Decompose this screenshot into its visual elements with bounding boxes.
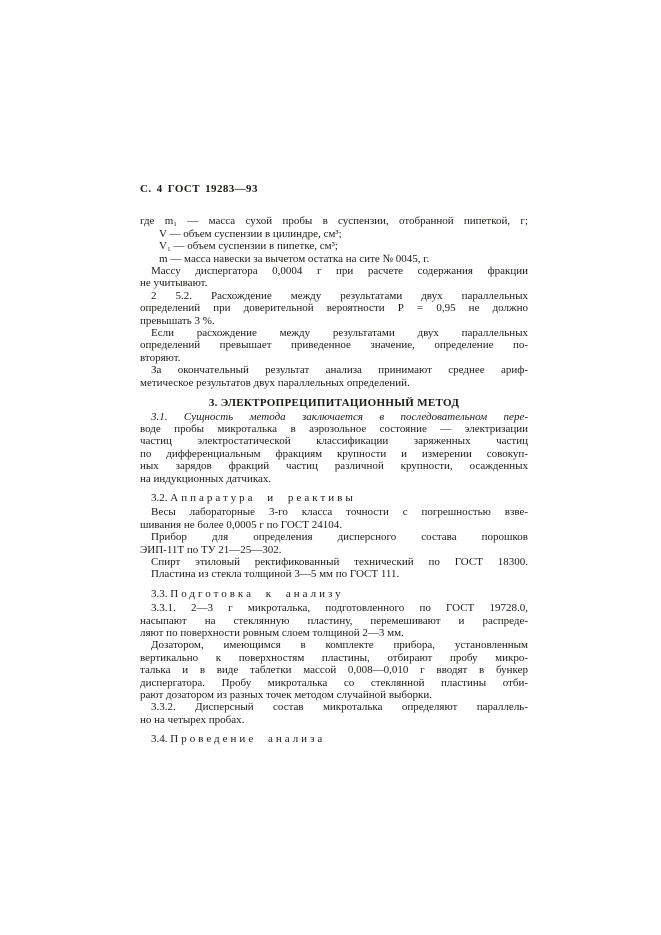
text-line: 3.3.1. 2—3 г микроталька, подготовленног… [140,602,528,614]
text-line: по дифференциальным фракциям крупности и… [140,448,528,460]
clause-heading: 3.3. Подготовка к анализу [140,588,528,600]
text-line: V₁ — объем суспензии в пипетке, см³; [140,240,528,252]
clause-title: Проведение анализа [170,733,325,745]
document-body: где m₁ — масса сухой пробы в суспензии, … [140,215,528,745]
text-line: рают дозатором из разных точек методом с… [140,689,528,701]
text-line: Весы лабораторные 3-го класса точности с… [140,506,528,518]
text-line: насыпают на стеклянную пластину, перемеш… [140,615,528,627]
text-line: воде пробы микроталька в аэрозольное сос… [140,423,528,435]
text-line: m — масса навески за вычетом остатка на … [140,253,528,265]
text-line: превышать 3 %. [140,315,528,327]
text-line: определений при доверительной вероятност… [140,302,528,314]
text-line: Массу диспергатора 0,0004 г при расчете … [140,265,528,277]
text-line: метическое результатов двух параллельных… [140,377,528,389]
clause-number: 3.2. [151,492,170,504]
text-line: 2 5.2. Расхождение между результатами дв… [140,290,528,302]
text-line: ЭИП-11Т по ТУ 21—25—302. [140,544,528,556]
text-line: вертикально к поверхностям пластины, отб… [140,652,528,664]
clause-heading: 3.4. Проведение анализа [140,733,528,745]
text-line: вторяют. [140,352,528,364]
document-page: С. 4 ГОСТ 19283—93 где m₁ — масса сухой … [0,0,661,935]
text-line: 3.1. Сущность метода заключается в после… [140,411,528,423]
text-line: где m₁ — масса сухой пробы в суспензии, … [140,215,528,227]
text-line: Спирт этиловый ректификованный техническ… [140,556,528,568]
clause-number: 3.4. [151,733,170,745]
clause-title: Подготовка к анализу [170,588,343,600]
text-line: не учитывают. [140,277,528,289]
text-line: на индукционных датчиках. [140,473,528,485]
text-line: 3.3.2. Дисперсный состав микроталька опр… [140,701,528,713]
document-text-block: С. 4 ГОСТ 19283—93 где m₁ — масса сухой … [140,183,528,748]
section-heading: 3. ЭЛЕКТРОПРЕЦИПИТАЦИОННЫЙ МЕТОД [140,397,528,409]
clause-number: 3.3. [151,588,170,600]
text-line: Пластина из стекла толщиной 3—5 мм по ГО… [140,568,528,580]
clause-title: Аппаратура и реактивы [170,492,356,504]
text-line: ных зарядов фракций частиц различной кру… [140,460,528,472]
text-line: ляют по поверхности ровным слоем толщино… [140,627,528,639]
page-header: С. 4 ГОСТ 19283—93 [140,183,528,195]
clause-heading: 3.2. Аппаратура и реактивы [140,492,528,504]
text-line: частиц электростатической классификации … [140,435,528,447]
text-line: Прибор для определения дисперсного соста… [140,531,528,543]
text-line: определений превышает приведенное значен… [140,339,528,351]
text-line: талька и в виде таблетки массой 0,008—0,… [140,664,528,676]
text-line: За окончательный результат анализа прини… [140,364,528,376]
text-line: V — объем суспензии в цилиндре, см³; [140,228,528,240]
text-line: но на четырех пробах. [140,714,528,726]
text-line: Если расхождение между результатами двух… [140,327,528,339]
text-line: шивания не более 0,0005 г по ГОСТ 24104. [140,519,528,531]
text-line: диспергатора. Пробу микроталька со стекл… [140,677,528,689]
text-line: Дозатором, имеющимся в комплекте прибора… [140,639,528,651]
